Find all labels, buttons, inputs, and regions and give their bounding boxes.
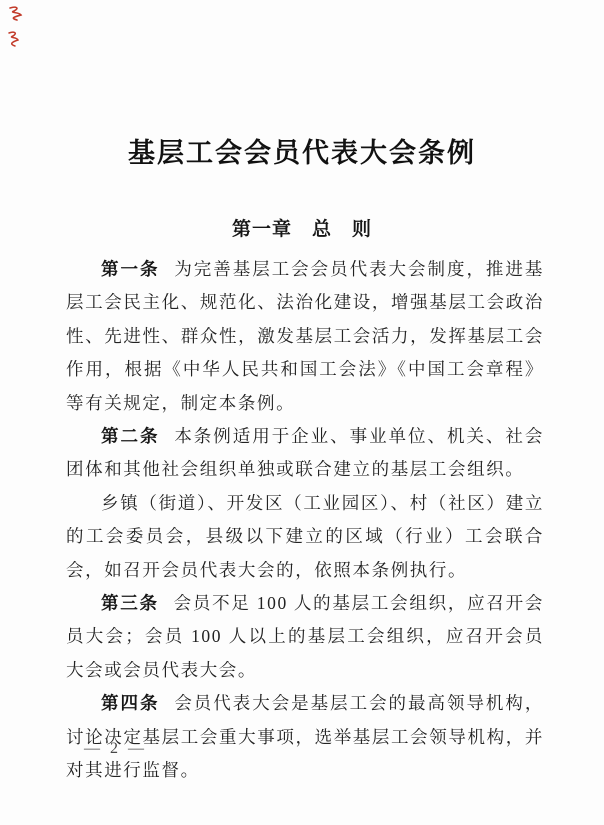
article-paragraph-2: 第二条本条例适用于企业、事业单位、机关、社会团体和其他社会组织单独或联合建立的基… [66, 420, 544, 487]
red-annotation-marks [5, 5, 31, 53]
red-scribble-mark-top [10, 7, 21, 20]
article-paragraph-4: 第三条会员不足 100 人的基层工会组织，应召开会员大会；会员 100 人以上的… [66, 587, 544, 687]
chapter-heading: 第一章 总 则 [0, 170, 604, 241]
article-paragraph-3: 乡镇（街道）、开发区（工业园区）、村（社区）建立的工会委员会，县级以下建立的区域… [66, 487, 544, 587]
document-page: 基层工会会员代表大会条例 第一章 总 则 第一条为完善基层工会会员代表大会制度，… [0, 0, 604, 825]
article-label-2: 第二条 [101, 426, 159, 446]
page-number: — 2 — [84, 740, 147, 758]
red-scribble-mark-bottom [9, 32, 18, 46]
article-label-4: 第三条 [101, 593, 159, 613]
document-body: 第一条为完善基层工会会员代表大会制度，推进基层工会民主化、规范化、法治化建设，增… [0, 241, 604, 788]
article-label-5: 第四条 [101, 693, 159, 713]
article-text-1: 为完善基层工会会员代表大会制度，推进基层工会民主化、规范化、法治化建设，增强基层… [66, 259, 544, 413]
article-label-1: 第一条 [101, 259, 159, 279]
article-paragraph-1: 第一条为完善基层工会会员代表大会制度，推进基层工会民主化、规范化、法治化建设，增… [66, 253, 544, 420]
document-title: 基层工会会员代表大会条例 [0, 0, 604, 170]
article-paragraph-5: 第四条会员代表大会是基层工会的最高领导机构，讨论决定基层工会重大事项，选举基层工… [66, 687, 544, 787]
article-text-3: 乡镇（街道）、开发区（工业园区）、村（社区）建立的工会委员会，县级以下建立的区域… [66, 493, 544, 580]
